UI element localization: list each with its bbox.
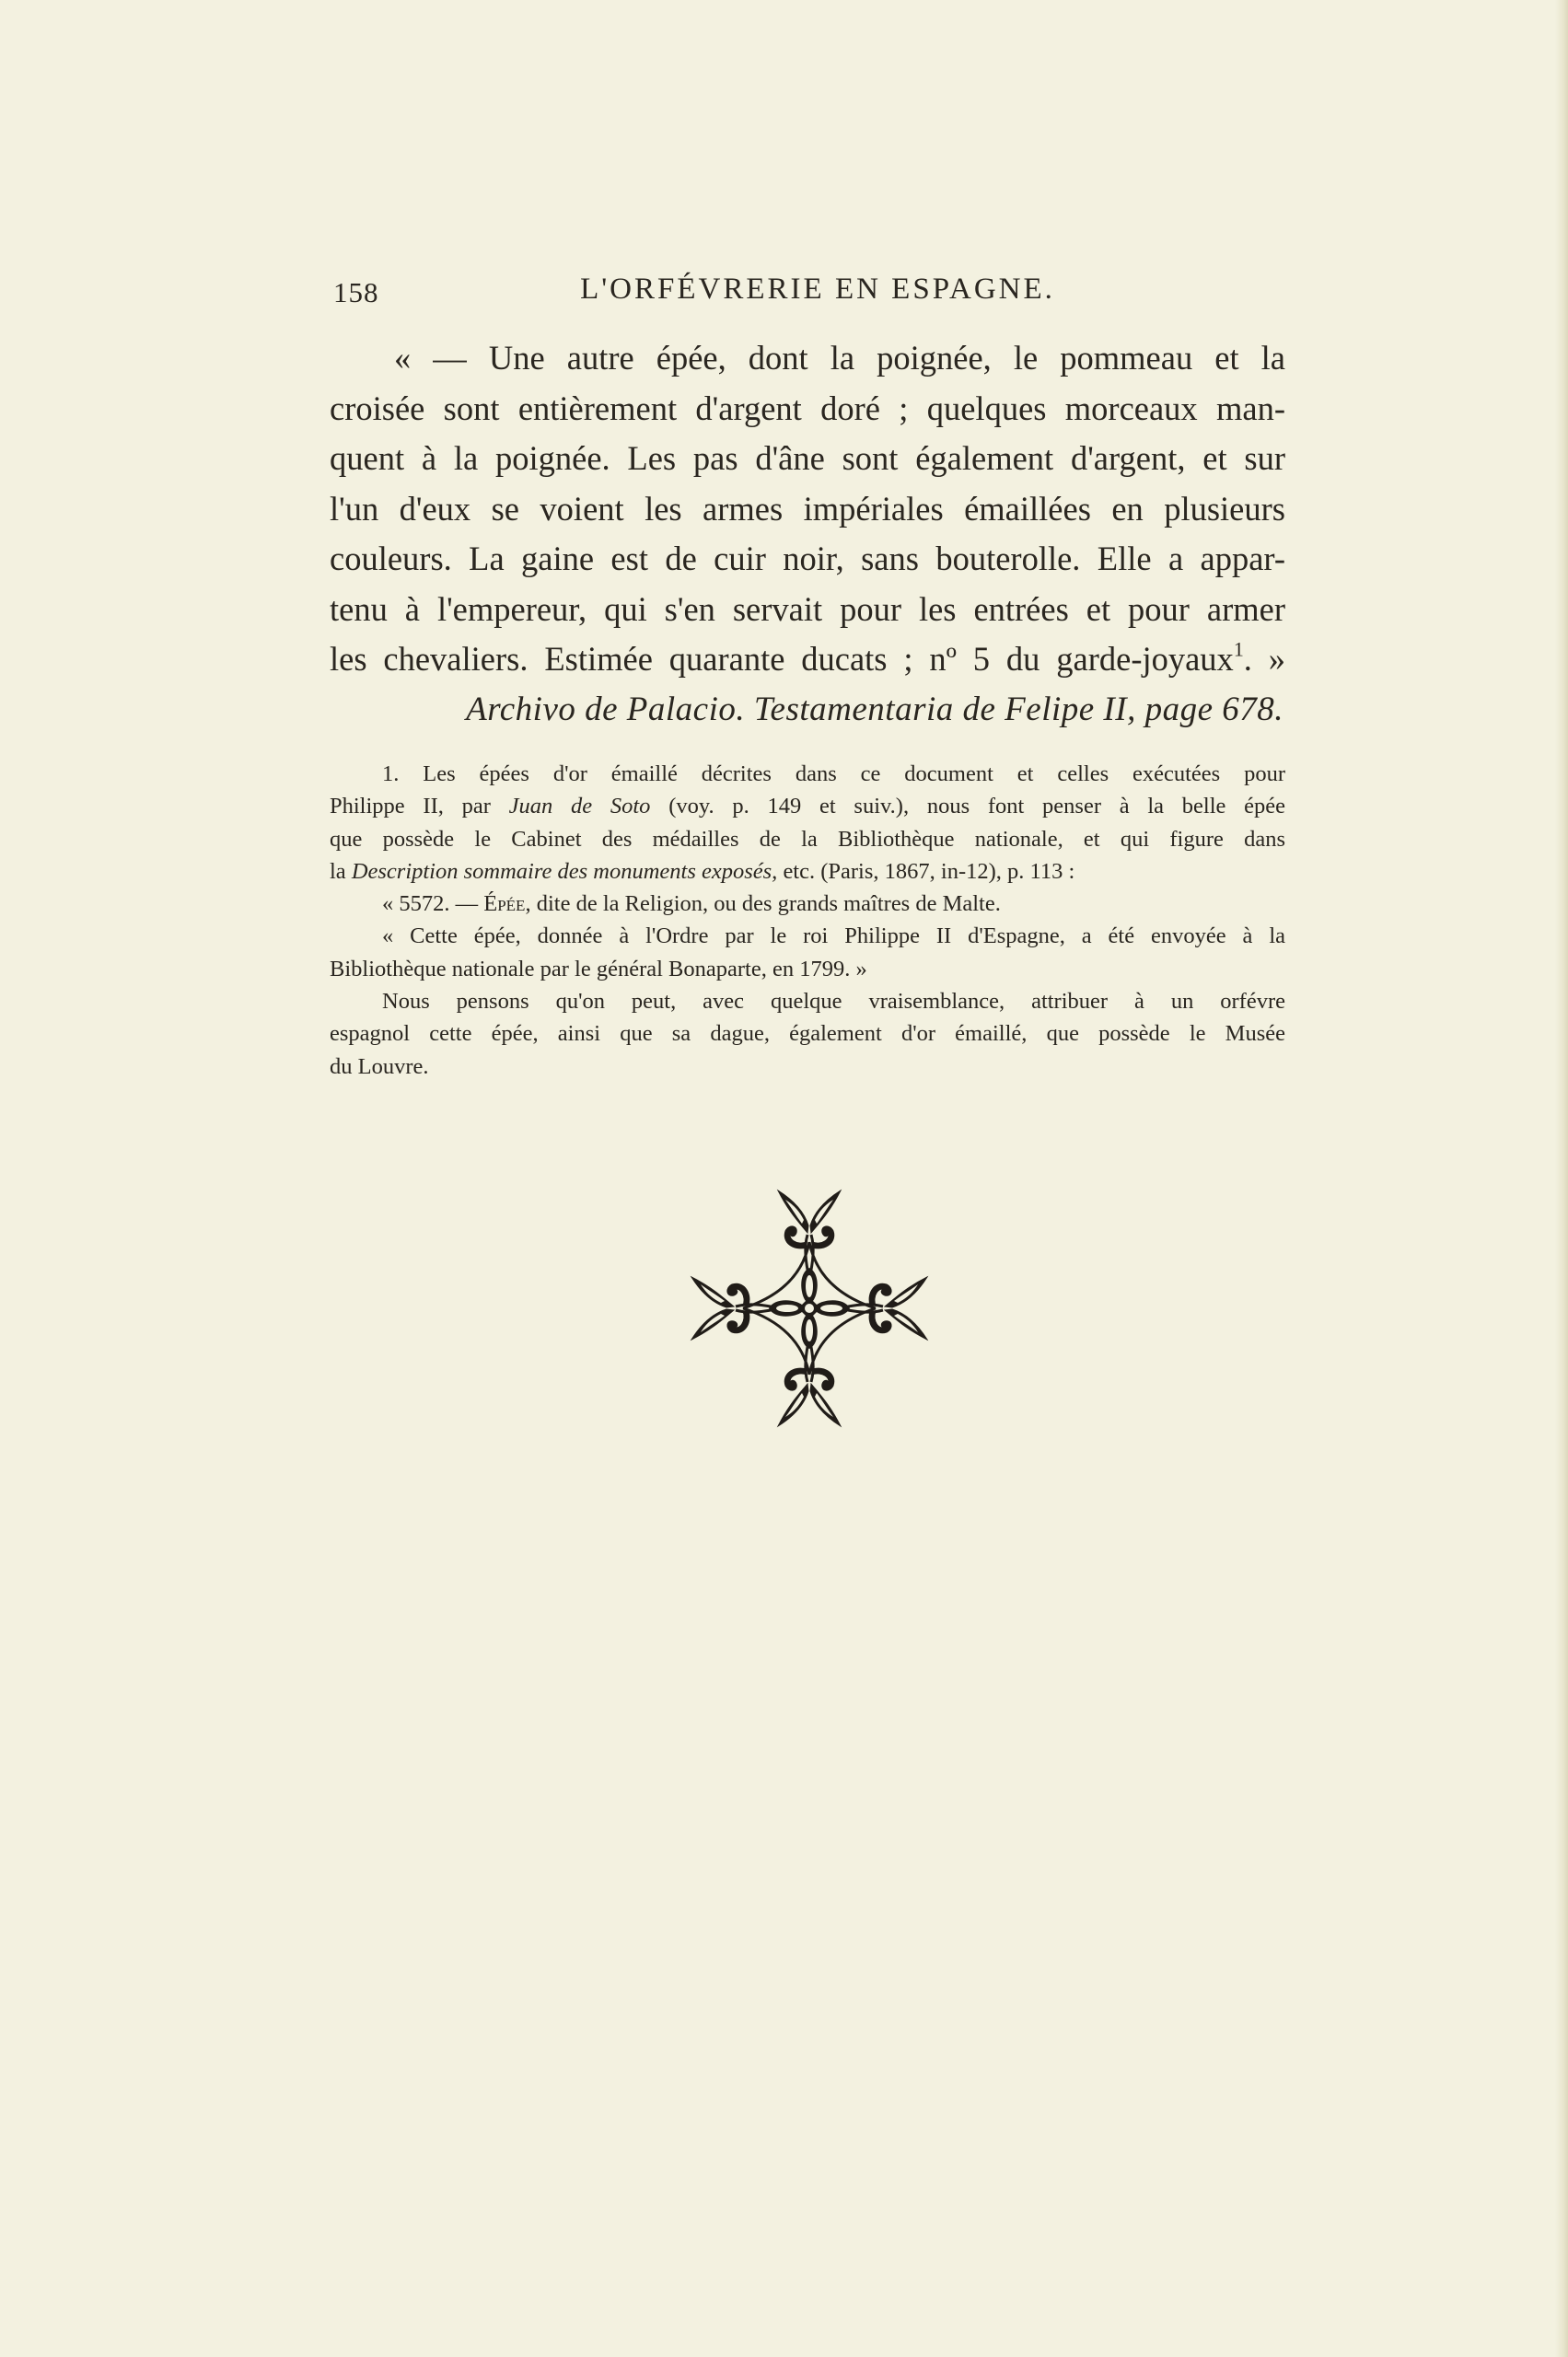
entry-title: Épée xyxy=(483,891,525,916)
footnote-text: Les épées d'or émaillé décrites dans ce … xyxy=(423,761,1285,786)
footnote-ref[interactable]: 1 xyxy=(1234,638,1244,661)
catalogue-entry: « 5572. — Épée, dite de la Religion, ou … xyxy=(330,888,1285,920)
body-line: tenu à l'empereur, qui s'en servait pour… xyxy=(330,585,1285,635)
footnote-text: Philippe II, par xyxy=(330,794,491,819)
entry-number: « 5572. — xyxy=(382,891,478,916)
body-line-last: les chevaliers. Estimée quarante ducats … xyxy=(330,634,1285,685)
footnote-marker: 1. xyxy=(382,761,399,786)
running-head: 158 L'ORFÉVRERIE EN ESPAGNE. xyxy=(330,273,1285,309)
footnote-text: etc. (Paris, 1867, in-12), p. 113 : xyxy=(783,859,1074,884)
body-line: croisée sont entièrement d'argent doré ;… xyxy=(330,384,1285,435)
quote-close: . » xyxy=(1244,640,1285,678)
footnotes: 1. Les épées d'or émaillé décrites dans … xyxy=(330,758,1285,1083)
footnote-text: (voy. p. 149 et suiv.), nous font penser… xyxy=(668,794,1285,819)
body-last-text: les chevaliers. Estimée quarante ducats … xyxy=(330,640,1234,678)
footnote-line: 1. Les épées d'or émaillé décrites dans … xyxy=(330,758,1285,790)
footnote-line: que possède le Cabinet des médailles de … xyxy=(330,823,1285,855)
body-text: « — Une autre épée, dont la poignée, le … xyxy=(330,333,1285,735)
body-line: l'un d'eux se voient les armes impériale… xyxy=(330,484,1285,535)
commentary-line: du Louvre. xyxy=(330,1051,1285,1083)
source-citation: Archivo de Palacio. Testamentaria de Fel… xyxy=(330,685,1285,736)
running-title: L'ORFÉVRERIE EN ESPAGNE. xyxy=(330,273,1285,307)
body-line: quent à la poignée. Les pas d'âne sont é… xyxy=(330,434,1285,484)
author-name: Juan de Soto xyxy=(509,794,651,819)
fleur-de-lis-cross-ornament-icon xyxy=(682,1184,936,1433)
commentary-line: espagnol cette épée, ainsi que sa dague,… xyxy=(330,1017,1285,1050)
commentary-line: Nous pensons qu'on peut, avec quelque vr… xyxy=(330,985,1285,1017)
quote-line: « Cette épée, donnée à l'Ordre par le ro… xyxy=(330,920,1285,952)
footnote-text: la xyxy=(330,859,346,884)
body-line: « — Une autre épée, dont la poignée, le … xyxy=(330,333,1285,384)
body-line: couleurs. La gaine est de cuir noir, san… xyxy=(330,534,1285,585)
footnote-line: Philippe II, par Juan de Soto (voy. p. 1… xyxy=(330,790,1285,822)
page-edge-shadow xyxy=(1555,0,1568,2357)
quote-line: Bibliothèque nationale par le général Bo… xyxy=(330,953,1285,985)
book-title: Description sommaire des monuments expos… xyxy=(352,859,778,884)
entry-description: , dite de la Religion, ou des grands maî… xyxy=(525,891,1000,916)
footnote-line: la Description sommaire des monuments ex… xyxy=(330,855,1285,888)
